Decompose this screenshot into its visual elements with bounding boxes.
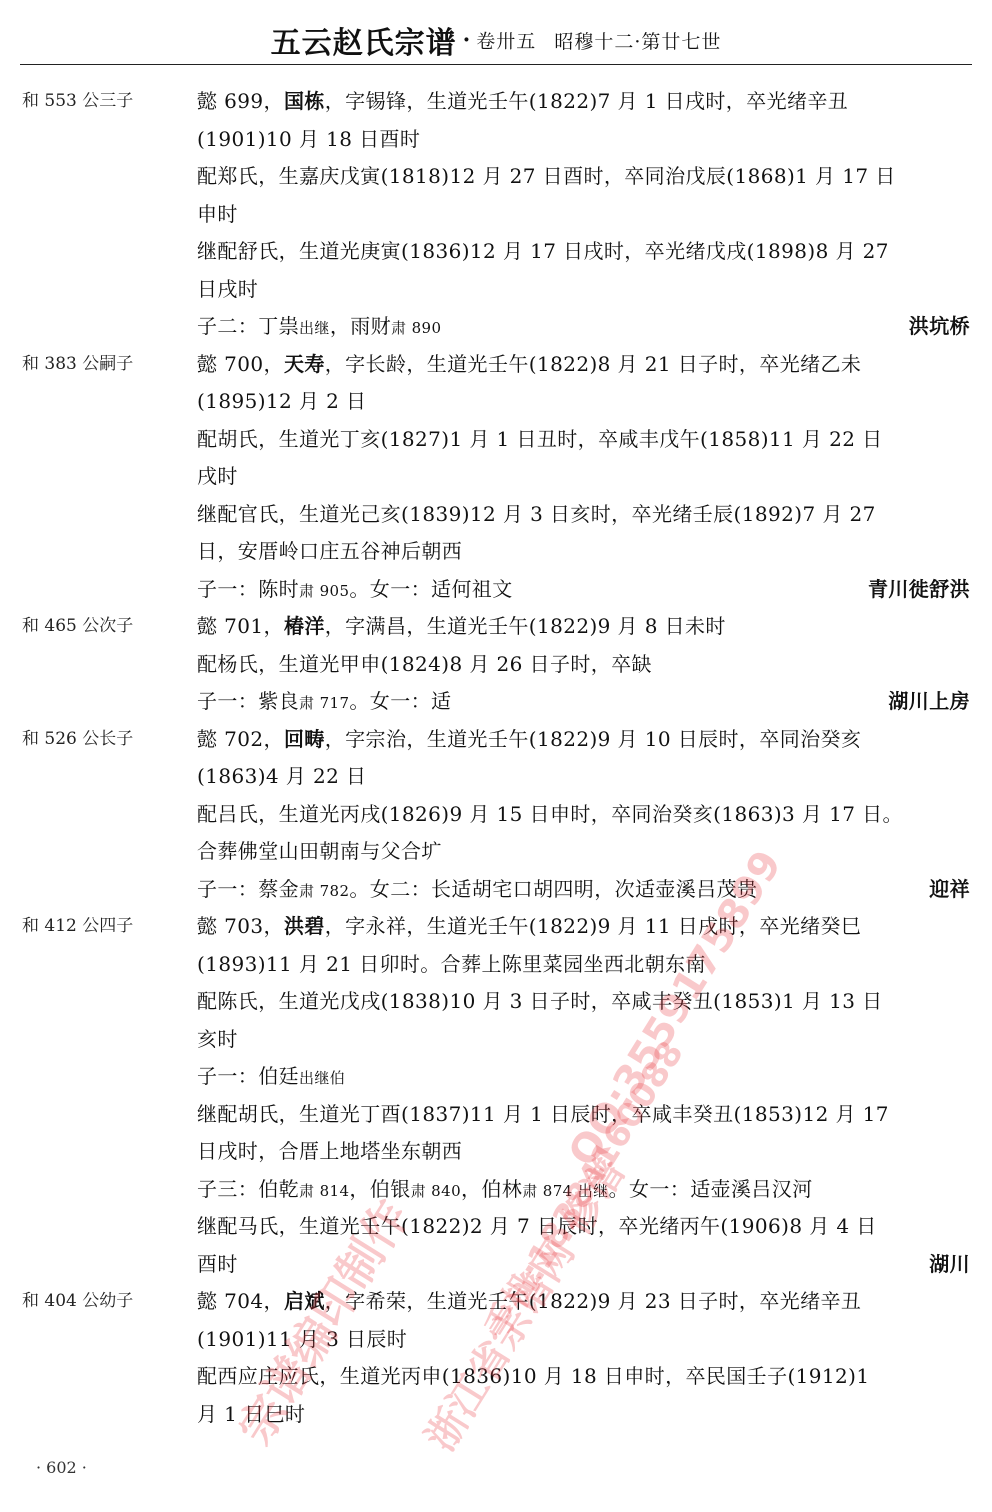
entry-line: (1893)11 月 21 日卯时。合葬上陈里菜园坐西北朝东南	[197, 946, 970, 984]
annotation: 肃 814	[299, 1182, 349, 1200]
line-text: 配杨氏，生道光甲申(1824)8 月 26 日子时，卒缺	[197, 652, 652, 676]
line-text: 月 1 日巳时	[197, 1402, 305, 1426]
entry-line: (1901)10 月 18 日酉时	[197, 121, 970, 159]
member-number: 懿 702，	[197, 727, 284, 751]
entry-lineage-label: 和 412 公四子	[22, 908, 133, 946]
entry-line: 申时	[197, 196, 970, 234]
page-header: 五云赵氏宗谱·卷卅五昭穆十二·第廿七世	[0, 18, 992, 62]
member-number: 懿 703，	[197, 914, 284, 938]
line-text: 子一：伯廷	[197, 1064, 299, 1088]
entry-line: (1901)11 月 3 日辰时	[197, 1321, 970, 1359]
line-text: 。女一：适壶溪吕汉河	[609, 1177, 813, 1201]
line-text: (1893)11 月 21 日卯时。合葬上陈里菜园坐西北朝东南	[197, 952, 706, 976]
annotation: 出继伯	[299, 1069, 345, 1087]
entry-line: 配郑氏，生嘉庆戊寅(1818)12 月 27 日酉时，卒同治戊辰(1868)1 …	[197, 158, 970, 196]
line-text: 。女一：适何祖文	[349, 577, 512, 601]
header-rule	[20, 64, 972, 65]
residence-place: 青川徙舒洪	[868, 571, 970, 609]
member-name: 启斌	[284, 1289, 325, 1313]
line-text: ，伯银	[349, 1177, 410, 1201]
residence-place: 湖川	[929, 1246, 970, 1284]
entry-lineage-label: 和 383 公嗣子	[22, 346, 133, 384]
children-line: 子一：陈时肃 905。女一：适何祖文青川徙舒洪	[197, 571, 970, 609]
genealogy-entry: 和 404 公幼子 懿 704，启斌，字希荣，生道光壬午(1822)9 月 23…	[0, 1283, 992, 1433]
entry-line: 日戌时	[197, 271, 970, 309]
member-number: 懿 701，	[197, 614, 284, 638]
line-text: 。女一：适	[349, 689, 451, 713]
line-text: 继配马氏，生道光壬午(1822)2 月 7 日辰时，卒光绪丙午(1906)8 月…	[197, 1214, 877, 1238]
member-name: 天寿	[284, 352, 325, 376]
line-text: 配西应庄应氏，生道光丙申(1836)10 月 18 日申时，卒民国壬子(1912…	[197, 1364, 870, 1388]
page-number: · 602 ·	[36, 1458, 87, 1477]
entry-lineage-label: 和 465 公次子	[22, 608, 133, 646]
line-text: ，雨财	[330, 314, 391, 338]
member-name: 国栋	[284, 89, 325, 113]
entry-lineage-label: 和 526 公长子	[22, 721, 133, 759]
line-text: ，字宗治，生道光壬午(1822)9 月 10 日辰时，卒同治癸亥	[325, 727, 862, 751]
section-label: 昭穆十二·第廿七世	[554, 31, 721, 53]
member-name: 洪碧	[284, 914, 325, 938]
line-text: 继配官氏，生道光己亥(1839)12 月 3 日亥时，卒光绪壬辰(1892)7 …	[197, 502, 876, 526]
annotation: 肃 905	[299, 582, 349, 600]
line-text: ，字长龄，生道光壬午(1822)8 月 21 日子时，卒光绪乙未	[325, 352, 862, 376]
children-line: 子一：伯廷出继伯	[197, 1058, 970, 1096]
genealogy-entry: 和 553 公三子 懿 699，国栋，字锡锋，生道光壬午(1822)7 月 1 …	[0, 83, 992, 346]
entry-line: 懿 701，椿洋，字满昌，生道光壬午(1822)9 月 8 日未时	[197, 608, 970, 646]
annotation: 肃 890	[391, 319, 441, 337]
line-text: (1863)4 月 22 日	[197, 764, 366, 788]
residence-place: 湖川上房	[888, 683, 970, 721]
line-text: 继配舒氏，生道光庚寅(1836)12 月 17 日戌时，卒光绪戊戌(1898)8…	[197, 239, 889, 263]
line-text: ，字希荣，生道光壬午(1822)9 月 23 日子时，卒光绪辛丑	[325, 1289, 862, 1313]
annotation: 肃 874 出继	[522, 1182, 608, 1200]
entry-line: 日，安厝岭口庄五谷神后朝西	[197, 533, 970, 571]
line-text: 配郑氏，生嘉庆戊寅(1818)12 月 27 日酉时，卒同治戊辰(1868)1 …	[197, 164, 896, 188]
line-text: 继配胡氏，生道光丁酉(1837)11 月 1 日辰时，卒咸丰癸丑(1853)12…	[197, 1102, 889, 1126]
entry-line: 懿 702，回畴，字宗治，生道光壬午(1822)9 月 10 日辰时，卒同治癸亥	[197, 721, 970, 759]
line-text: 子一：蔡金	[197, 877, 299, 901]
entry-line: 继配马氏，生道光壬午(1822)2 月 7 日辰时，卒光绪丙午(1906)8 月…	[197, 1208, 970, 1246]
entry-line: 酉时湖川	[197, 1246, 970, 1284]
line-text: 配吕氏，生道光丙戌(1826)9 月 15 日申时，卒同治癸亥(1863)3 月…	[197, 802, 903, 826]
entry-line: 懿 699，国栋，字锡锋，生道光壬午(1822)7 月 1 日戌时，卒光绪辛丑	[197, 83, 970, 121]
entry-line: 戌时	[197, 458, 970, 496]
line-text: 配胡氏，生道光丁亥(1827)1 月 1 日丑时，卒咸丰戊午(1858)11 月…	[197, 427, 883, 451]
entry-line: 配杨氏，生道光甲申(1824)8 月 26 日子时，卒缺	[197, 646, 970, 684]
entry-line: 日戌时，合厝上地塔坐东朝西	[197, 1133, 970, 1171]
line-text: 酉时	[197, 1252, 238, 1276]
genealogy-entry: 和 465 公次子 懿 701，椿洋，字满昌，生道光壬午(1822)9 月 8 …	[0, 608, 992, 721]
annotation: 肃 840	[411, 1182, 461, 1200]
line-text: 日，安厝岭口庄五谷神后朝西	[197, 539, 462, 563]
member-number: 懿 699，	[197, 89, 284, 113]
line-text: 子二：丁祟	[197, 314, 299, 338]
line-text: 子一：紫良	[197, 689, 299, 713]
line-text: 子一：陈时	[197, 577, 299, 601]
entry-line: 配西应庄应氏，生道光丙申(1836)10 月 18 日申时，卒民国壬子(1912…	[197, 1358, 970, 1396]
residence-place: 迎祥	[929, 871, 970, 909]
line-text: ，伯林	[461, 1177, 522, 1201]
line-text: 戌时	[197, 464, 238, 488]
line-text: ，字锡锋，生道光壬午(1822)7 月 1 日戌时，卒光绪辛丑	[325, 89, 848, 113]
children-line: 子二：丁祟出继，雨财肃 890洪坑桥	[197, 308, 970, 346]
line-text: ，字永祥，生道光壬午(1822)9 月 11 日戌时，卒光绪癸巳	[325, 914, 862, 938]
entry-line: 配胡氏，生道光丁亥(1827)1 月 1 日丑时，卒咸丰戊午(1858)11 月…	[197, 421, 970, 459]
annotation: 出继	[299, 319, 330, 337]
entry-line: 配陈氏，生道光戊戌(1838)10 月 3 日子时，卒咸丰癸丑(1853)1 月…	[197, 983, 970, 1021]
entry-lineage-label: 和 404 公幼子	[22, 1283, 133, 1321]
genealogy-entry: 和 412 公四子 懿 703，洪碧，字永祥，生道光壬午(1822)9 月 11…	[0, 908, 992, 1283]
entry-line: 继配官氏，生道光己亥(1839)12 月 3 日亥时，卒光绪壬辰(1892)7 …	[197, 496, 970, 534]
member-name: 回畴	[284, 727, 325, 751]
children-line: 子一：紫良肃 717。女一：适湖川上房	[197, 683, 970, 721]
entry-line: 合葬佛堂山田朝南与父合圹	[197, 833, 970, 871]
line-text: 申时	[197, 202, 238, 226]
entry-lineage-label: 和 553 公三子	[22, 83, 133, 121]
entry-line: 配吕氏，生道光丙戌(1826)9 月 15 日申时，卒同治癸亥(1863)3 月…	[197, 796, 970, 834]
residence-place: 洪坑桥	[909, 308, 970, 346]
entry-line: 月 1 日巳时	[197, 1396, 970, 1434]
member-number: 懿 700，	[197, 352, 284, 376]
line-text: ，字满昌，生道光壬午(1822)9 月 8 日未时	[325, 614, 726, 638]
line-text: 合葬佛堂山田朝南与父合圹	[197, 839, 442, 863]
children-line: 子三：伯乾肃 814，伯银肃 840，伯林肃 874 出继。女一：适壶溪吕汉河	[197, 1171, 970, 1209]
line-text: 日戌时，合厝上地塔坐东朝西	[197, 1139, 462, 1163]
member-name: 椿洋	[284, 614, 325, 638]
line-text: (1901)10 月 18 日酉时	[197, 127, 420, 151]
member-number: 懿 704，	[197, 1289, 284, 1313]
line-text: (1895)12 月 2 日	[197, 389, 366, 413]
entry-line: 亥时	[197, 1021, 970, 1059]
genealogy-entry: 和 526 公长子 懿 702，回畴，字宗治，生道光壬午(1822)9 月 10…	[0, 721, 992, 909]
line-text: 子三：伯乾	[197, 1177, 299, 1201]
genealogy-body: 和 553 公三子 懿 699，国栋，字锡锋，生道光壬午(1822)7 月 1 …	[0, 83, 992, 1433]
volume-label: 卷卅五	[476, 31, 536, 53]
entry-line: (1895)12 月 2 日	[197, 383, 970, 421]
entry-line: 懿 704，启斌，字希荣，生道光壬午(1822)9 月 23 日子时，卒光绪辛丑	[197, 1283, 970, 1321]
line-text: 配陈氏，生道光戊戌(1838)10 月 3 日子时，卒咸丰癸丑(1853)1 月…	[197, 989, 883, 1013]
genealogy-entry: 和 383 公嗣子 懿 700，天寿，字长龄，生道光壬午(1822)8 月 21…	[0, 346, 992, 609]
children-line: 子一：蔡金肃 782。女二：长适胡宅口胡四明，次适壶溪吕茂贵迎祥	[197, 871, 970, 909]
line-text: 。女二：长适胡宅口胡四明，次适壶溪吕茂贵	[349, 877, 757, 901]
book-title: 五云赵氏宗谱	[271, 26, 457, 61]
line-text: 亥时	[197, 1027, 238, 1051]
annotation: 肃 782	[299, 882, 349, 900]
annotation: 肃 717	[299, 694, 349, 712]
line-text: (1901)11 月 3 日辰时	[197, 1327, 407, 1351]
entry-line: 懿 703，洪碧，字永祥，生道光壬午(1822)9 月 11 日戌时，卒光绪癸巳	[197, 908, 970, 946]
entry-line: 继配胡氏，生道光丁酉(1837)11 月 1 日辰时，卒咸丰癸丑(1853)12…	[197, 1096, 970, 1134]
entry-line: 懿 700，天寿，字长龄，生道光壬午(1822)8 月 21 日子时，卒光绪乙未	[197, 346, 970, 384]
entry-line: 继配舒氏，生道光庚寅(1836)12 月 17 日戌时，卒光绪戊戌(1898)8…	[197, 233, 970, 271]
line-text: 日戌时	[197, 277, 258, 301]
header-separator: ·	[463, 27, 471, 53]
entry-line: (1863)4 月 22 日	[197, 758, 970, 796]
